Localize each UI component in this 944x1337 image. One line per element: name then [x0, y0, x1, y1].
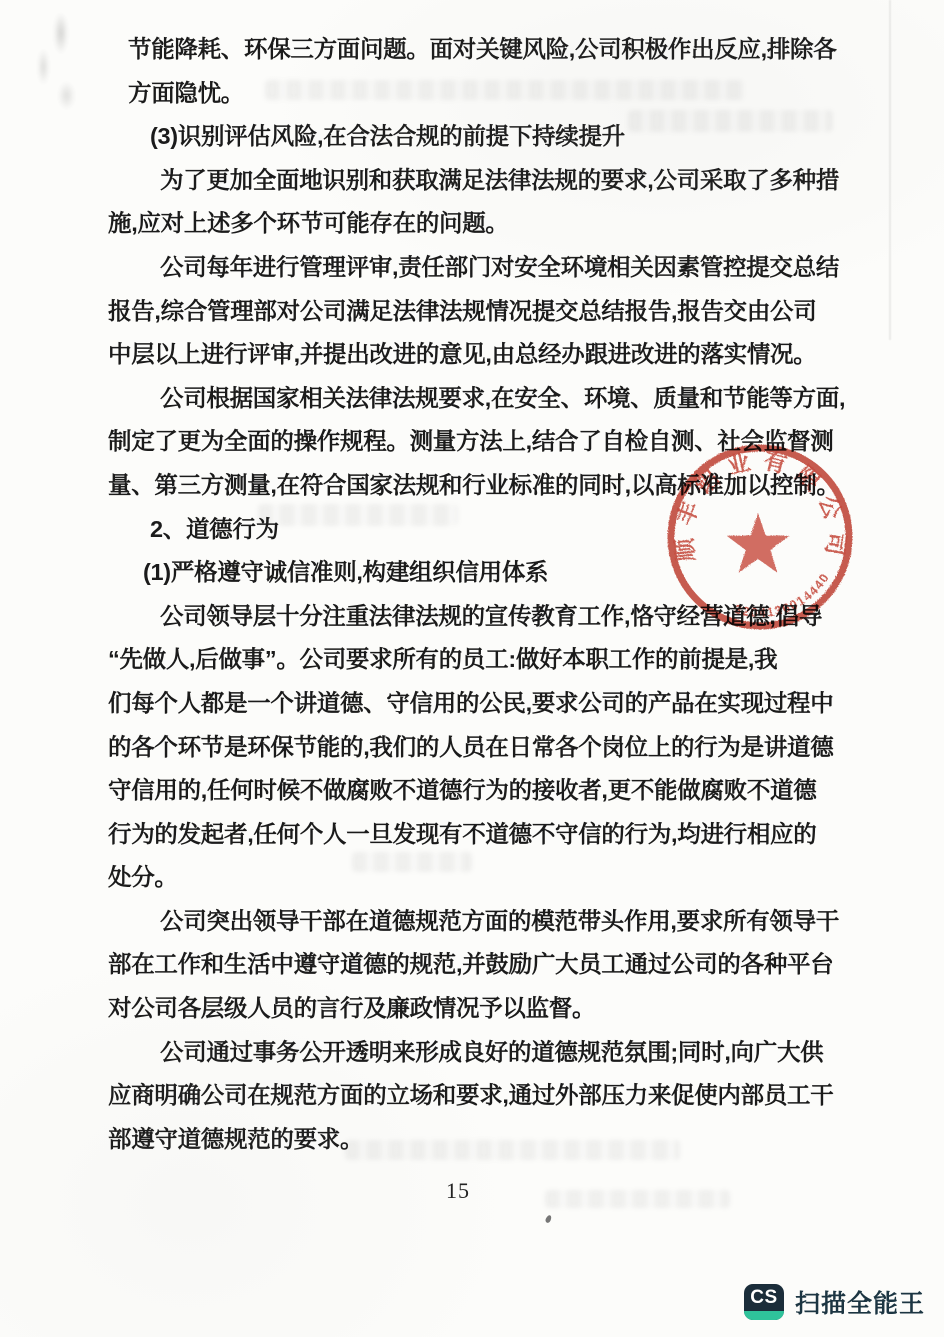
text-line: 公司根据国家相关法律法规要求,在安全、环境、质量和节能等方面, [160, 377, 848, 421]
text-line: 报告,综合管理部对公司满足法律法规情况提交总结报告,报告交由公司 [108, 290, 848, 334]
scan-speck [545, 1214, 553, 1223]
text-line: 公司突出领导干部在道德规范方面的模范带头作用,要求所有领导干 [160, 900, 848, 944]
paper-edge-shadow [889, 0, 891, 340]
text-line: 节能降耗、环保三方面问题。面对关键风险,公司积极作出反应,排除各 [128, 28, 848, 72]
text-line: “先做人,后做事”。公司要求所有的员工:做好本职工作的前提是,我 [108, 638, 848, 682]
text-line: 应商明确公司在规范方面的立场和要求,通过外部压力来促使内部员工干 [108, 1074, 848, 1118]
scan-smudge [26, 14, 84, 110]
text-line: 对公司各层级人员的言行及廉政情况予以监督。 [108, 987, 848, 1031]
camscanner-logo-icon: CS [744, 1284, 784, 1320]
company-seal-stamp: 顺丰铝业有限公司 3204136014440 [660, 440, 860, 640]
cs-logo-accent-strip [744, 1311, 784, 1320]
text-line: 部在工作和生活中遵守道德的规范,并鼓励广大员工通过公司的各种平台 [108, 943, 848, 987]
text-line: 守信用的,任何时候不做腐败不道德行为的接收者,更不能做腐败不道德 [108, 769, 848, 813]
seal-star-icon [727, 513, 790, 573]
text-line: 中层以上进行评审,并提出改进的意见,由总经办跟进改进的落实情况。 [108, 333, 848, 377]
text-line: 的各个环节是环保节能的,我们的人员在日常各个岗位上的行为是讲道德 [108, 726, 848, 770]
scanner-app-name: 扫描全能王 [795, 1284, 925, 1320]
text-line: 公司每年进行管理评审,责任部门对安全环境相关因素管控提交总结 [160, 246, 848, 290]
seal-serial-number: 3204136014440 [733, 570, 833, 620]
scanner-watermark: CS 扫描全能王 [744, 1284, 925, 1320]
text-line: 施,应对上述多个环节可能存在的问题。 [108, 202, 848, 246]
text-line: 为了更加全面地识别和获取满足法律法规的要求,公司采取了多种措 [160, 159, 848, 203]
bleed-through-mark [545, 1190, 730, 1208]
text-line: 处分。 [108, 856, 848, 900]
section-heading: (3)识别评估风险,在合法合规的前提下持续提升 [150, 115, 848, 159]
text-line: 行为的发起者,任何个人一旦发现有不道德不守信的行为,均进行相应的 [108, 813, 848, 857]
cs-logo-letters: CS [744, 1284, 784, 1312]
text-line: 方面隐忧。 [128, 72, 848, 116]
text-line: 公司通过事务公开透明来形成良好的道德规范氛围;同时,向广大供 [160, 1031, 848, 1075]
page-number: 15 [418, 1178, 498, 1204]
text-line: 部遵守道德规范的要求。 [108, 1118, 848, 1162]
svg-text:3204136014440: 3204136014440 [733, 570, 833, 620]
text-line: 们每个人都是一个讲道德、守信用的公民,要求公司的产品在实现过程中 [108, 682, 848, 726]
scanned-page: 节能降耗、环保三方面问题。面对关键风险,公司积极作出反应,排除各 方面隐忧。 (… [0, 0, 944, 1337]
